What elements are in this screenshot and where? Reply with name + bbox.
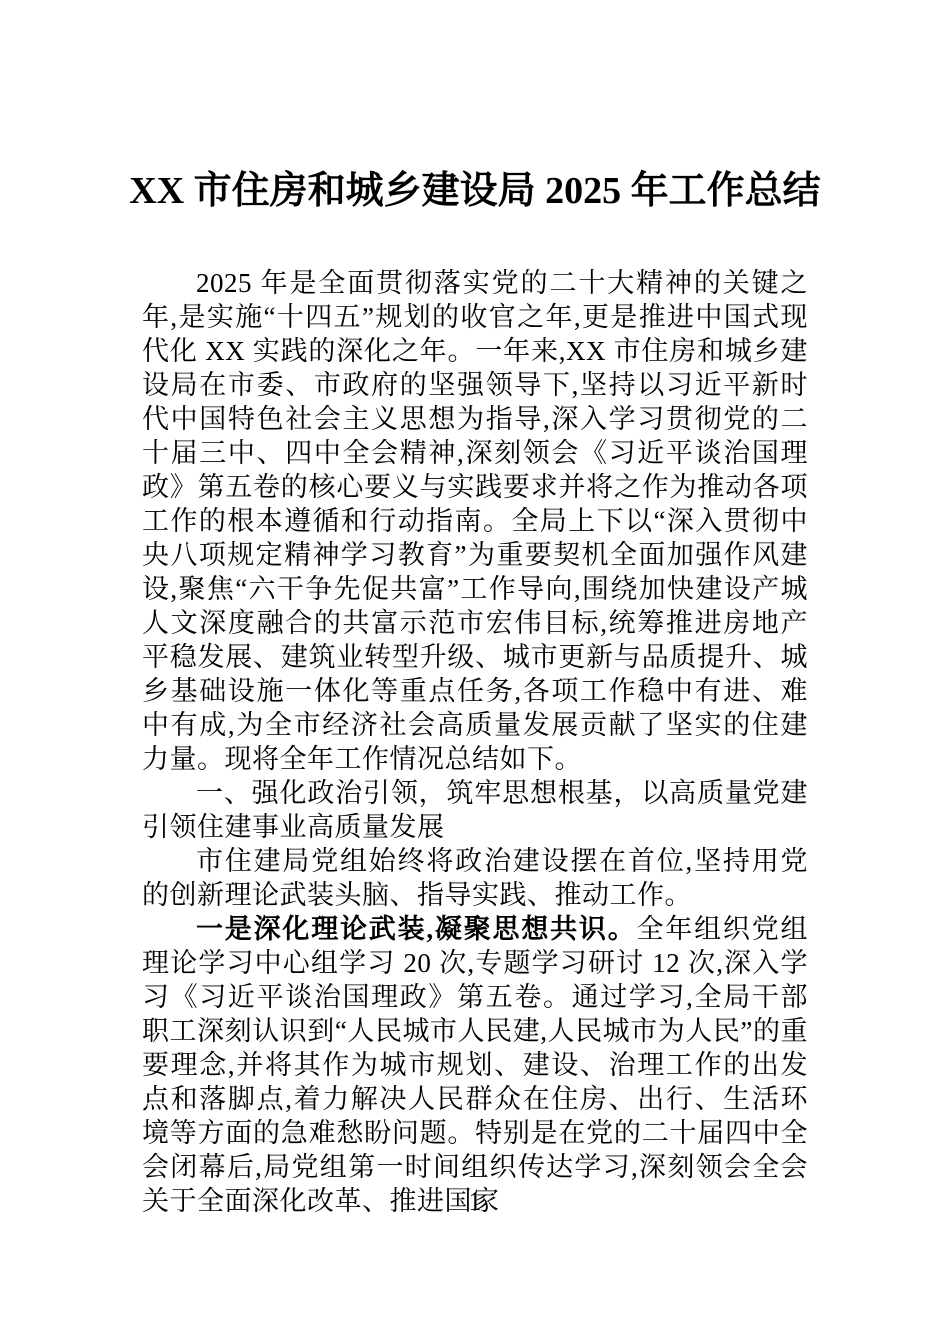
body-paragraph: 一是深化理论武装,凝聚思想共识。全年组织党组理论学习中心组学习 20 次,专题学… [142, 912, 808, 1218]
document-title: XX 市住房和城乡建设局 2025 年工作总结 [0, 166, 950, 216]
section-heading: 一、强化政治引领，筑牢思想根基，以高质量党建引领住建事业高质量发展 [142, 776, 808, 844]
document-body: 2025 年是全面贯彻落实党的二十大精神的关键之年,是实施“十四五”规划的收官之… [142, 266, 808, 1218]
document-page: XX 市住房和城乡建设局 2025 年工作总结 2025 年是全面贯彻落实党的二… [0, 0, 950, 1344]
page-number: 1 [0, 1188, 950, 1216]
body-paragraph: 市住建局党组始终将政治建设摆在首位,坚持用党的创新理论武装头脑、指导实践、推动工… [142, 844, 808, 912]
paragraph-text: 全年组织党组理论学习中心组学习 20 次,专题学习研讨 12 次,深入学习《习近… [142, 914, 808, 1216]
intro-paragraph: 2025 年是全面贯彻落实党的二十大精神的关键之年,是实施“十四五”规划的收官之… [142, 266, 808, 776]
paragraph-bold-lead: 一是深化理论武装,凝聚思想共识。 [196, 914, 637, 944]
